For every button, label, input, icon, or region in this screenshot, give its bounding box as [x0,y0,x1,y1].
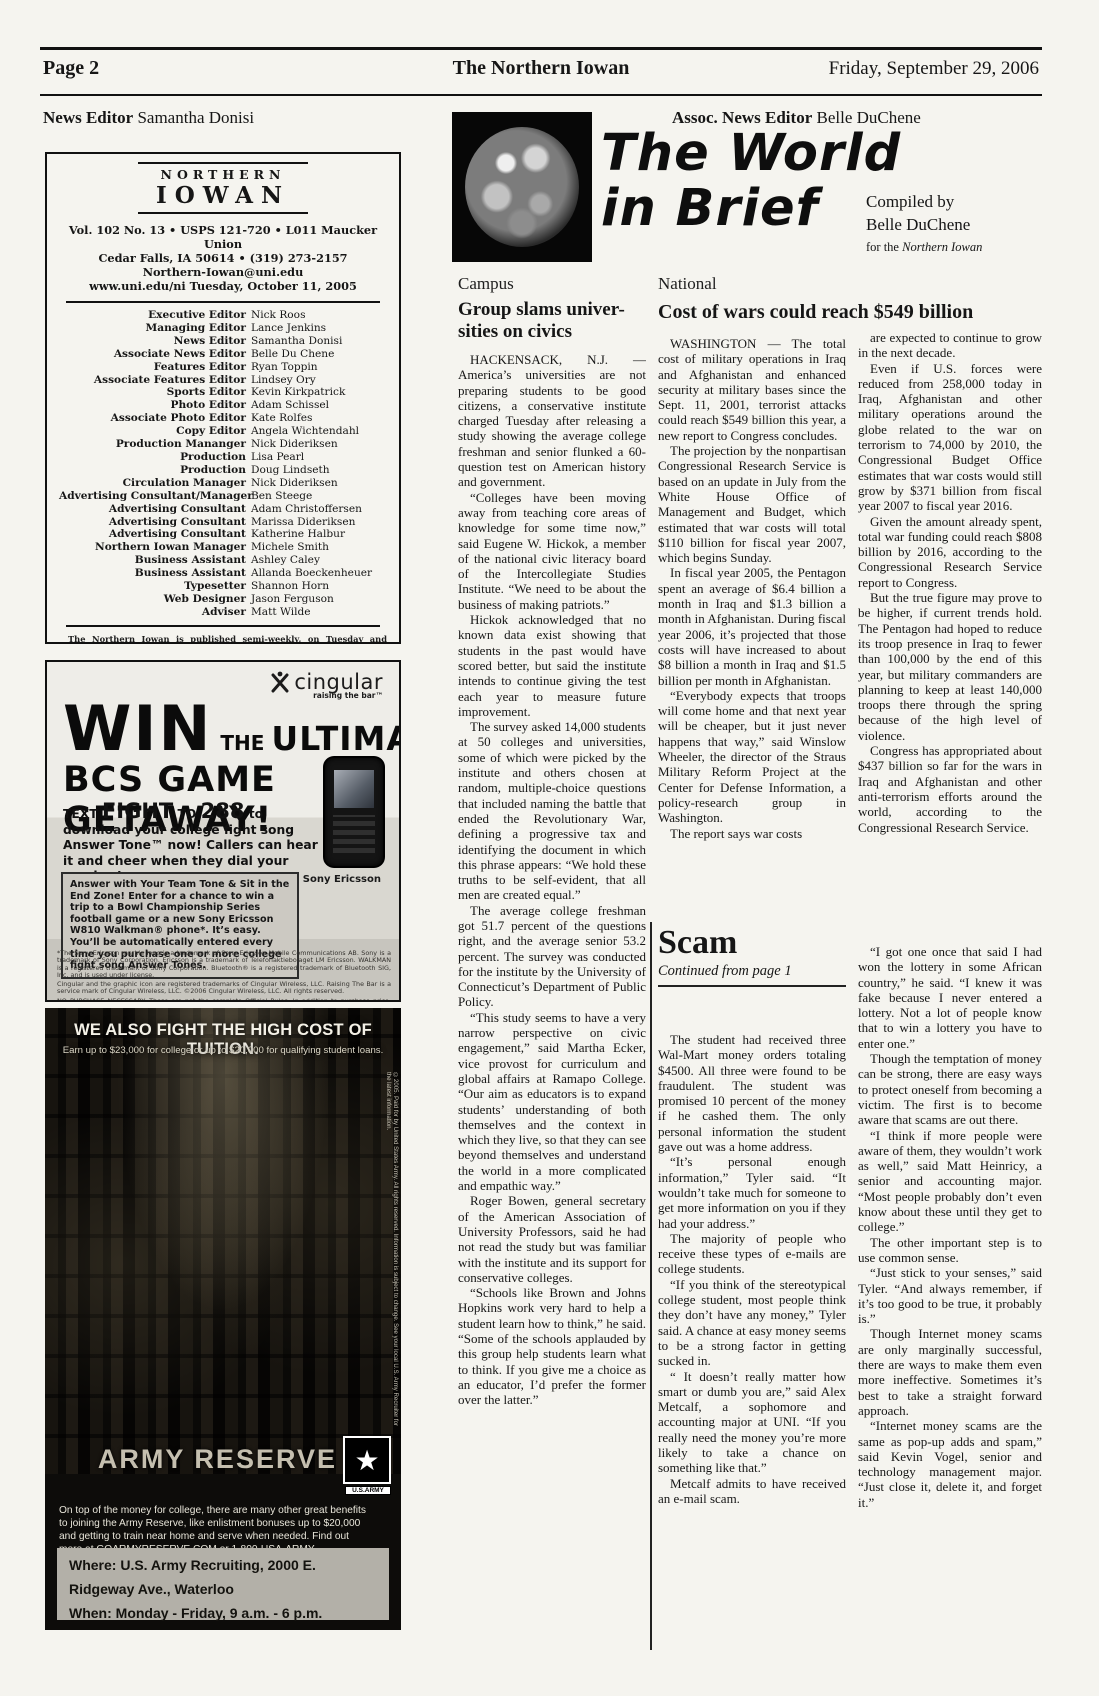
news-editor-name: Samantha Donisi [133,108,254,127]
staff-name: Matt Wilde [251,606,311,619]
article-paragraph: “ It doesn’t really matter how smart or … [658,1369,846,1476]
staff-role: Advertising Consultant [59,516,251,529]
article-paragraph: “Just stick to your senses,” said Tyler.… [858,1265,1042,1326]
staff-row: Copy Editor Angela Wichtendahl [59,425,387,438]
cingular-logo: cingular raising the bar™ [270,670,383,700]
staff-role: Copy Editor [59,425,251,438]
staff-row: Production Lisa Pearl [59,451,387,464]
staff-role: Executive Editor [59,309,251,322]
legal-paragraph: The Northern Iowan is published semi-wee… [59,634,387,644]
staff-name: Adam Schissel [251,399,329,412]
article-paragraph: Given the amount already spent, total wa… [858,514,1042,590]
staff-row: Advertising Consultant Adam Christoffers… [59,503,387,516]
globe-sphere [465,127,579,247]
article-paragraph: Even if U.S. forces were reduced from 25… [858,361,1042,514]
article-paragraph: “Internet money scams are the same as po… [858,1418,1042,1510]
staff-row: Northern Iowan Manager Michele Smith [59,541,387,554]
article-paragraph: The majority of people who receive these… [658,1231,846,1277]
article-paragraph: The student had received three Wal-Mart … [658,1032,846,1154]
earth-photo [452,112,592,262]
staff-role: Typesetter [59,580,251,593]
staff-role: Business Assistant [59,567,251,580]
staff-role: Web Designer [59,593,251,606]
world-in-brief-line1: The World [601,126,901,181]
compiled-by-credit: Compiled by Belle DuChene for the Northe… [866,190,1052,259]
staff-name: Kate Rolfes [251,412,313,425]
staff-role: Sports Editor [59,386,251,399]
staff-role: Circulation Manager [59,477,251,490]
staff-role: Business Assistant [59,554,251,567]
article-paragraph: The report says war costs [658,826,846,841]
staff-name: Michele Smith [251,541,329,554]
world-in-brief-line2: in Brief [601,181,901,236]
staff-row: Executive Editor Nick Roos [59,309,387,322]
staff-role: Features Editor [59,361,251,374]
staff-name: Adam Christoffersen [251,503,362,516]
staff-row: News Editor Samantha Donisi [59,335,387,348]
masthead-info-line: Vol. 102 No. 13 • USPS 121-720 • L011 Ma… [59,223,387,251]
article-paragraph: WASHINGTON — The total cost of military … [658,336,846,443]
article-paragraph: In fiscal year 2005, the Pentagon spent … [658,565,846,687]
section-label-campus: Campus [458,274,514,294]
staff-name: Lindsey Ory [251,374,316,387]
staff-role: Production Mananger [59,438,251,451]
staff-role: Production [59,451,251,464]
staff-name: Nick Dideriksen [251,438,338,451]
article-paragraph: “I got one once that said I had won the … [858,944,1042,1051]
campus-article-body: HACKENSACK, N.J. — America’s universitie… [458,352,646,1620]
compiled-line1: Compiled by [866,190,1052,213]
fine-print-paragraph: *The Sony Ericsson marble logo is a trad… [57,950,391,979]
article-paragraph: “I think if more people were aware of th… [858,1128,1042,1235]
campus-headline: Group slams univer- sities on civics [458,299,658,342]
army-reserve-logo-text: ARMY RESERVE [98,1444,337,1475]
staff-role: Associate Photo Editor [59,412,251,425]
scam-headline: Scam [658,924,846,962]
staff-name: Samantha Donisi [251,335,342,348]
staff-name: Angela Wichtendahl [251,425,359,438]
article-paragraph: HACKENSACK, N.J. — America’s universitie… [458,352,646,490]
cingular-jack-icon [270,671,290,693]
staff-name: Kevin Kirkpatrick [251,386,345,399]
staff-name: Nick Dideriksen [251,477,338,490]
staff-row: Typesetter Shannon Horn [59,580,387,593]
news-editor-label: News Editor [43,108,133,127]
staff-row: Features Editor Ryan Toppin [59,361,387,374]
staff-name: Lance Jenkins [251,322,326,335]
staff-name: Lisa Pearl [251,451,304,464]
fine-print-paragraph: Cingular and the graphic icon are regist… [57,981,391,996]
staff-name: Doug Lindseth [251,464,330,477]
staff-row: Adviser Matt Wilde [59,606,387,619]
masthead-name-bottom: Iowan [59,182,387,209]
army-ad-legal-sidenote: ©2005. Paid for by United States Army. A… [385,1072,399,1432]
staff-role: Production [59,464,251,477]
phone-screen [334,770,374,808]
staff-name: Ben Steege [251,490,312,503]
article-paragraph: The average college freshman got 51.7 pe… [458,903,646,1010]
masthead-info-line: Cedar Falls, IA 50614 • (319) 273-2157 [59,251,387,265]
staff-row: Managing Editor Lance Jenkins [59,322,387,335]
masthead-info-line: www.uni.edu/ni Tuesday, October 11, 2005 [59,279,387,293]
header-bottom-rule [40,94,1042,96]
staff-role: Managing Editor [59,322,251,335]
article-paragraph: The survey asked 14,000 students at 50 c… [458,719,646,903]
article-paragraph: Though the temptation of money can be st… [858,1051,1042,1127]
article-paragraph: The other important step is to use commo… [858,1235,1042,1266]
article-paragraph: Though Internet money scams are only mar… [858,1326,1042,1418]
staff-name: Belle Du Chene [251,348,334,361]
article-paragraph: are expected to continue to grow in the … [858,330,1042,361]
staff-role: Advertising Consultant [59,503,251,516]
article-paragraph: “If you think of the stereotypical colle… [658,1277,846,1369]
staff-row: Web Designer Jason Ferguson [59,593,387,606]
fine-print-paragraph: NO PURCHASE NECESSARY. These are not the… [57,998,391,1002]
staff-row: Sports Editor Kevin Kirkpatrick [59,386,387,399]
cingular-headline-line1: WIN THE ULTIMATE [63,698,401,760]
staff-row: Production Doug Lindseth [59,464,387,477]
staff-name: Ashley Caley [251,554,320,567]
staff-role: News Editor [59,335,251,348]
staff-row: Production Mananger Nick Dideriksen [59,438,387,451]
scam-header-rule [658,985,846,987]
article-paragraph: “Schools like Brown and Johns Hopkins wo… [458,1285,646,1407]
staff-name: Allanda Boeckenheuer [251,567,372,580]
article-paragraph: “This study seems to have a very narrow … [458,1010,646,1194]
staff-row: Associate Photo Editor Kate Rolfes [59,412,387,425]
article-paragraph: The projection by the nonpartisan Congre… [658,443,846,565]
staff-row: Photo Editor Adam Schissel [59,399,387,412]
section-label-national: National [658,274,717,294]
article-paragraph: Metcalf admits to have received an e-mai… [658,1476,846,1507]
staff-row: Advertising Consultant Marissa Diderikse… [59,516,387,529]
news-editor-byline: News Editor Samantha Donisi [43,108,254,128]
staff-row: Associate Features Editor Lindsey Ory [59,374,387,387]
scam-column-divider [650,922,652,1650]
compiled-line2: Belle DuChene [866,213,1052,236]
masthead-contact-info: Vol. 102 No. 13 • USPS 121-720 • L011 Ma… [59,223,387,293]
army-ad-subheadline: Earn up to $23,000 for college or up to … [45,1045,401,1056]
national-article-col1: WASHINGTON — The total cost of military … [658,336,846,922]
compiled-line3: for the Northern Iowan [866,236,1052,259]
staff-row: Business Assistant Ashley Caley [59,554,387,567]
staff-role: Photo Editor [59,399,251,412]
staff-name: Shannon Horn [251,580,329,593]
staff-role: Associate News Editor [59,348,251,361]
newspaper-page: Page 2 The Northern Iowan Friday, Septem… [0,0,1099,1696]
article-paragraph: “Colleges have been moving away from tea… [458,490,646,612]
national-article-col2: are expected to continue to grow in the … [858,330,1042,922]
world-in-brief-title: The World in Brief [601,126,901,236]
masthead-info-line: Northern-Iowan@uni.edu [59,265,387,279]
army-when-line: When: Monday - Friday, 9 a.m. - 6 p.m. [69,1601,377,1625]
national-headline: Cost of wars could reach $549 billion [658,301,1048,324]
army-contact-box: Where: U.S. Army Recruiting, 2000 E. Rid… [57,1548,389,1620]
library-photo [45,1008,401,1474]
article-paragraph: Roger Bowen, general secretary of the Am… [458,1193,646,1285]
staff-row: Associate News Editor Belle Du Chene [59,348,387,361]
us-army-badge-label: U.S.ARMY [345,1486,391,1495]
header-top-rule [40,47,1042,50]
scam-article-col1: The student had received three Wal-Mart … [658,1032,846,1650]
staff-name: Marissa Dideriksen [251,516,356,529]
army-reserve-ad: WE ALSO FIGHT THE HIGH COST OF TUITION. … [45,1008,401,1630]
staff-row: Advertising Consultant Katherine Halbur [59,528,387,541]
article-paragraph: Congress has appropriated about $437 bil… [858,743,1042,835]
scam-continued-note: Continued from page 1 [658,963,846,980]
article-paragraph: But the true figure may prove to be high… [858,590,1042,743]
staff-name: Jason Ferguson [251,593,334,606]
army-where-line: Where: U.S. Army Recruiting, 2000 E. Rid… [69,1553,377,1601]
sony-ericsson-label: Sony Ericsson [303,874,381,885]
article-paragraph: “Everybody expects that troops will come… [658,688,846,826]
staff-role: Advertising Consultant/Manager [59,490,251,503]
staff-role: Northern Iowan Manager [59,541,251,554]
staff-name: Katherine Halbur [251,528,345,541]
scam-header: Scam Continued from page 1 [658,924,846,987]
article-paragraph: Hickok acknowledged that no known data e… [458,612,646,719]
staff-name: Nick Roos [251,309,306,322]
staff-row: Business Assistant Allanda Boeckenheuer [59,567,387,580]
masthead-name-top: Northern [59,167,387,182]
staff-list: Executive Editor Nick Roos Managing Edit… [59,309,387,619]
us-army-star-icon: ★ [343,1436,391,1484]
phone-image [325,758,383,866]
cingular-ad: cingular raising the bar™ WIN THE ULTIMA… [45,660,401,1002]
staff-name: Ryan Toppin [251,361,318,374]
masthead-box: Northern Iowan Vol. 102 No. 13 • USPS 12… [45,152,401,644]
staff-role: Associate Features Editor [59,374,251,387]
staff-role: Adviser [59,606,251,619]
issue-date: Friday, September 29, 2006 [829,58,1039,80]
staff-row: Circulation Manager Nick Dideriksen [59,477,387,490]
article-paragraph: “It’s personal enough information,” Tyle… [658,1154,846,1230]
staff-role: Advertising Consultant [59,528,251,541]
cingular-fine-print: *The Sony Ericsson marble logo is a trad… [57,950,391,1002]
staff-row: Advertising Consultant/Manager Ben Steeg… [59,490,387,503]
masthead-legal-text: The Northern Iowan is published semi-wee… [59,634,387,644]
scam-article-col2: “I got one once that said I had won the … [858,944,1042,1660]
army-who-line: Who: Staff Sergeant Deana Huck, 319-287-… [69,1625,377,1630]
phone-keypad [333,815,375,853]
